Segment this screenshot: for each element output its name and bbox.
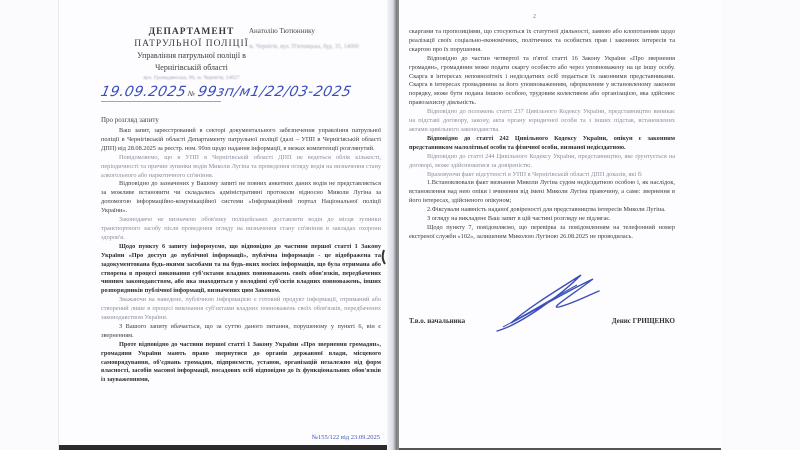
paragraph: Відповідно до частин четвертої та п'ятої… <box>409 55 675 108</box>
signature-icon <box>489 267 609 337</box>
scan-artifacts <box>59 0 388 450</box>
signer-name: Денис ГРИЩЕНКО <box>612 317 675 325</box>
paragraph: З огляду на викладене Ваш запит в цій ча… <box>409 215 675 224</box>
signer-role: Т.в.о. начальника <box>409 317 465 325</box>
letter-page-2: 2 скаргами та пропозиціями, що стосуютьс… <box>397 0 721 450</box>
paragraph: Враховуючи факт відсутності в УПП в Черн… <box>409 171 675 180</box>
paragraph: скаргами та пропозиціями, що стосуються … <box>409 28 675 55</box>
paragraph: Щодо пункту 7, повідомляємо, що перевірк… <box>409 224 675 242</box>
paragraph: 2.Фіксували наявність наданої довіреност… <box>409 206 675 215</box>
paragraph: 1.Встановлювали факт визнання Миколи Луг… <box>409 179 675 206</box>
paragraph: Відповідно до статті 244 Цивільного Коде… <box>409 153 675 171</box>
page-gutter-shadow <box>387 0 397 450</box>
paragraph: Відповідно до положень статті 237 Цивіль… <box>409 108 675 135</box>
paragraph: Відповідно до статті 242 Цивільного Коде… <box>409 135 675 153</box>
page-number: 2 <box>533 14 536 20</box>
letter-page-1: ДЕПАРТАМЕНТ ПАТРУЛЬНОЇ ПОЛІЦІЇ Управлінн… <box>58 0 388 450</box>
page2-body: скаргами та пропозиціями, що стосуються … <box>409 28 675 242</box>
